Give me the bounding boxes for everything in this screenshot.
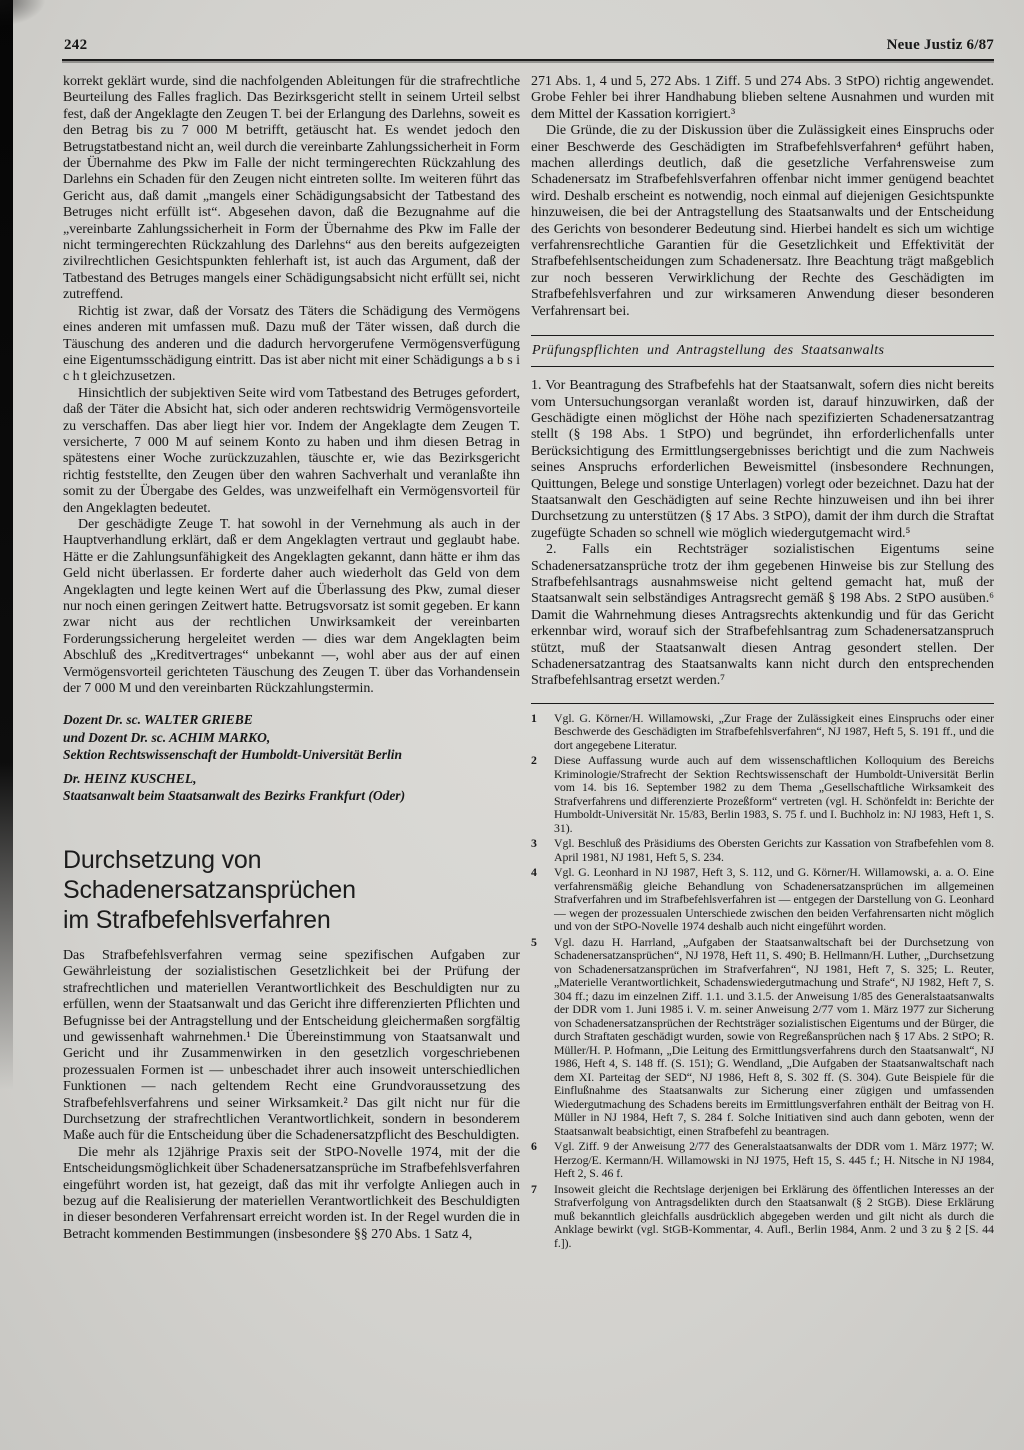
footnote-number: 7 xyxy=(531,1183,554,1251)
journal-page: { "header": { "page_number": "242", "jou… xyxy=(0,0,1024,1450)
author-line: und Dozent Dr. sc. ACHIM MARKO, xyxy=(63,729,520,747)
section-body: 1. Vor Beantragung des Strafbefehls hat … xyxy=(531,378,994,690)
footnotes-block: 1 Vgl. G. Körner/H. Willamowski, „Zur Fr… xyxy=(531,712,994,1251)
footnote-text: Vgl. dazu H. Harrland, „Aufgaben der Sta… xyxy=(554,936,994,1139)
case-report-paragraph: Richtig ist zwar, daß der Vorsatz des Tä… xyxy=(63,304,520,386)
article-title-line: Durchsetzung von Schadenersatzansprüchen xyxy=(63,845,520,905)
footnote: 3 Vgl. Beschluß des Präsidiums des Obers… xyxy=(531,837,994,864)
scan-edge-artifact xyxy=(0,0,13,1090)
footnote: 7 Insoweit gleicht die Rechtslage derjen… xyxy=(531,1183,994,1251)
footnote: 2 Diese Auffassung wurde auch auf dem wi… xyxy=(531,754,994,835)
article-title: Durchsetzung von Schadenersatzansprüchen… xyxy=(63,845,520,935)
section-paragraph: 2. Falls ein Rechtsträger sozialistische… xyxy=(531,542,994,690)
header-rule xyxy=(62,59,994,61)
article-paragraph: 271 Abs. 1, 4 und 5, 272 Abs. 1 Ziff. 5 … xyxy=(531,74,994,123)
column-right: 271 Abs. 1, 4 und 5, 272 Abs. 1 Ziff. 5 … xyxy=(531,74,994,1250)
case-report-paragraph: korrekt geklärt wurde, sind die nachfolg… xyxy=(63,74,520,304)
footnote-number: 1 xyxy=(531,712,554,753)
footnote: 1 Vgl. G. Körner/H. Willamowski, „Zur Fr… xyxy=(531,712,994,753)
footnote-text: Vgl. G. Leonhard in NJ 1987, Heft 3, S. … xyxy=(554,866,994,934)
case-report-paragraph: Hinsichtlich der subjektiven Seite wird … xyxy=(63,386,520,517)
author-affiliation: Staatsanwalt beim Staatsanwalt des Bezir… xyxy=(63,787,520,805)
authors-block: Dozent Dr. sc. WALTER GRIEBE und Dozent … xyxy=(63,711,520,805)
article-paragraph: Die Gründe, die zu der Diskussion über d… xyxy=(531,123,994,320)
footnote-text: Vgl. G. Körner/H. Willamowski, „Zur Frag… xyxy=(554,712,994,753)
section-heading: Prüfungspflichten und Antragstellung des… xyxy=(531,335,994,367)
article-title-line: im Strafbefehlsverfahren xyxy=(63,905,520,935)
footnotes-rule xyxy=(531,703,994,704)
footnote-text: Vgl. Beschluß des Präsidiums des Oberste… xyxy=(554,837,994,864)
footnote: 5 Vgl. dazu H. Harrland, „Aufgaben der S… xyxy=(531,936,994,1139)
footnote-text: Vgl. Ziff. 9 der Anweisung 2/77 des Gene… xyxy=(554,1140,994,1181)
footnote-number: 4 xyxy=(531,866,554,934)
column-left: korrekt geklärt wurde, sind die nachfolg… xyxy=(63,74,520,1243)
page-number: 242 xyxy=(64,37,87,54)
article-body: Das Strafbefehlsverfahren vermag seine s… xyxy=(63,948,520,1243)
footnote-number: 5 xyxy=(531,936,554,1139)
journal-title: Neue Justiz 6/87 xyxy=(887,37,994,54)
footnote-number: 2 xyxy=(531,754,554,835)
footnote: 6 Vgl. Ziff. 9 der Anweisung 2/77 des Ge… xyxy=(531,1140,994,1181)
footnote-text: Diese Auffassung wurde auch auf dem wiss… xyxy=(554,754,994,835)
footnote-text: Insoweit gleicht die Rechtslage derjenig… xyxy=(554,1183,994,1251)
article-paragraph: Das Strafbefehlsverfahren vermag seine s… xyxy=(63,948,520,1145)
author-line: Dr. HEINZ KUSCHEL, xyxy=(63,770,520,788)
footnote-number: 3 xyxy=(531,837,554,864)
footnote: 4 Vgl. G. Leonhard in NJ 1987, Heft 3, S… xyxy=(531,866,994,934)
case-report-paragraph: Der geschädigte Zeuge T. hat sowohl in d… xyxy=(63,517,520,697)
author-line: Dozent Dr. sc. WALTER GRIEBE xyxy=(63,711,520,729)
scan-corner-smudge xyxy=(0,0,46,26)
article-paragraph: Die mehr als 12jährige Praxis seit der S… xyxy=(63,1145,520,1243)
author-affiliation: Sektion Rechtswissenschaft der Humboldt-… xyxy=(63,746,520,764)
footnote-number: 6 xyxy=(531,1140,554,1181)
section-paragraph: 1. Vor Beantragung des Strafbefehls hat … xyxy=(531,378,994,542)
